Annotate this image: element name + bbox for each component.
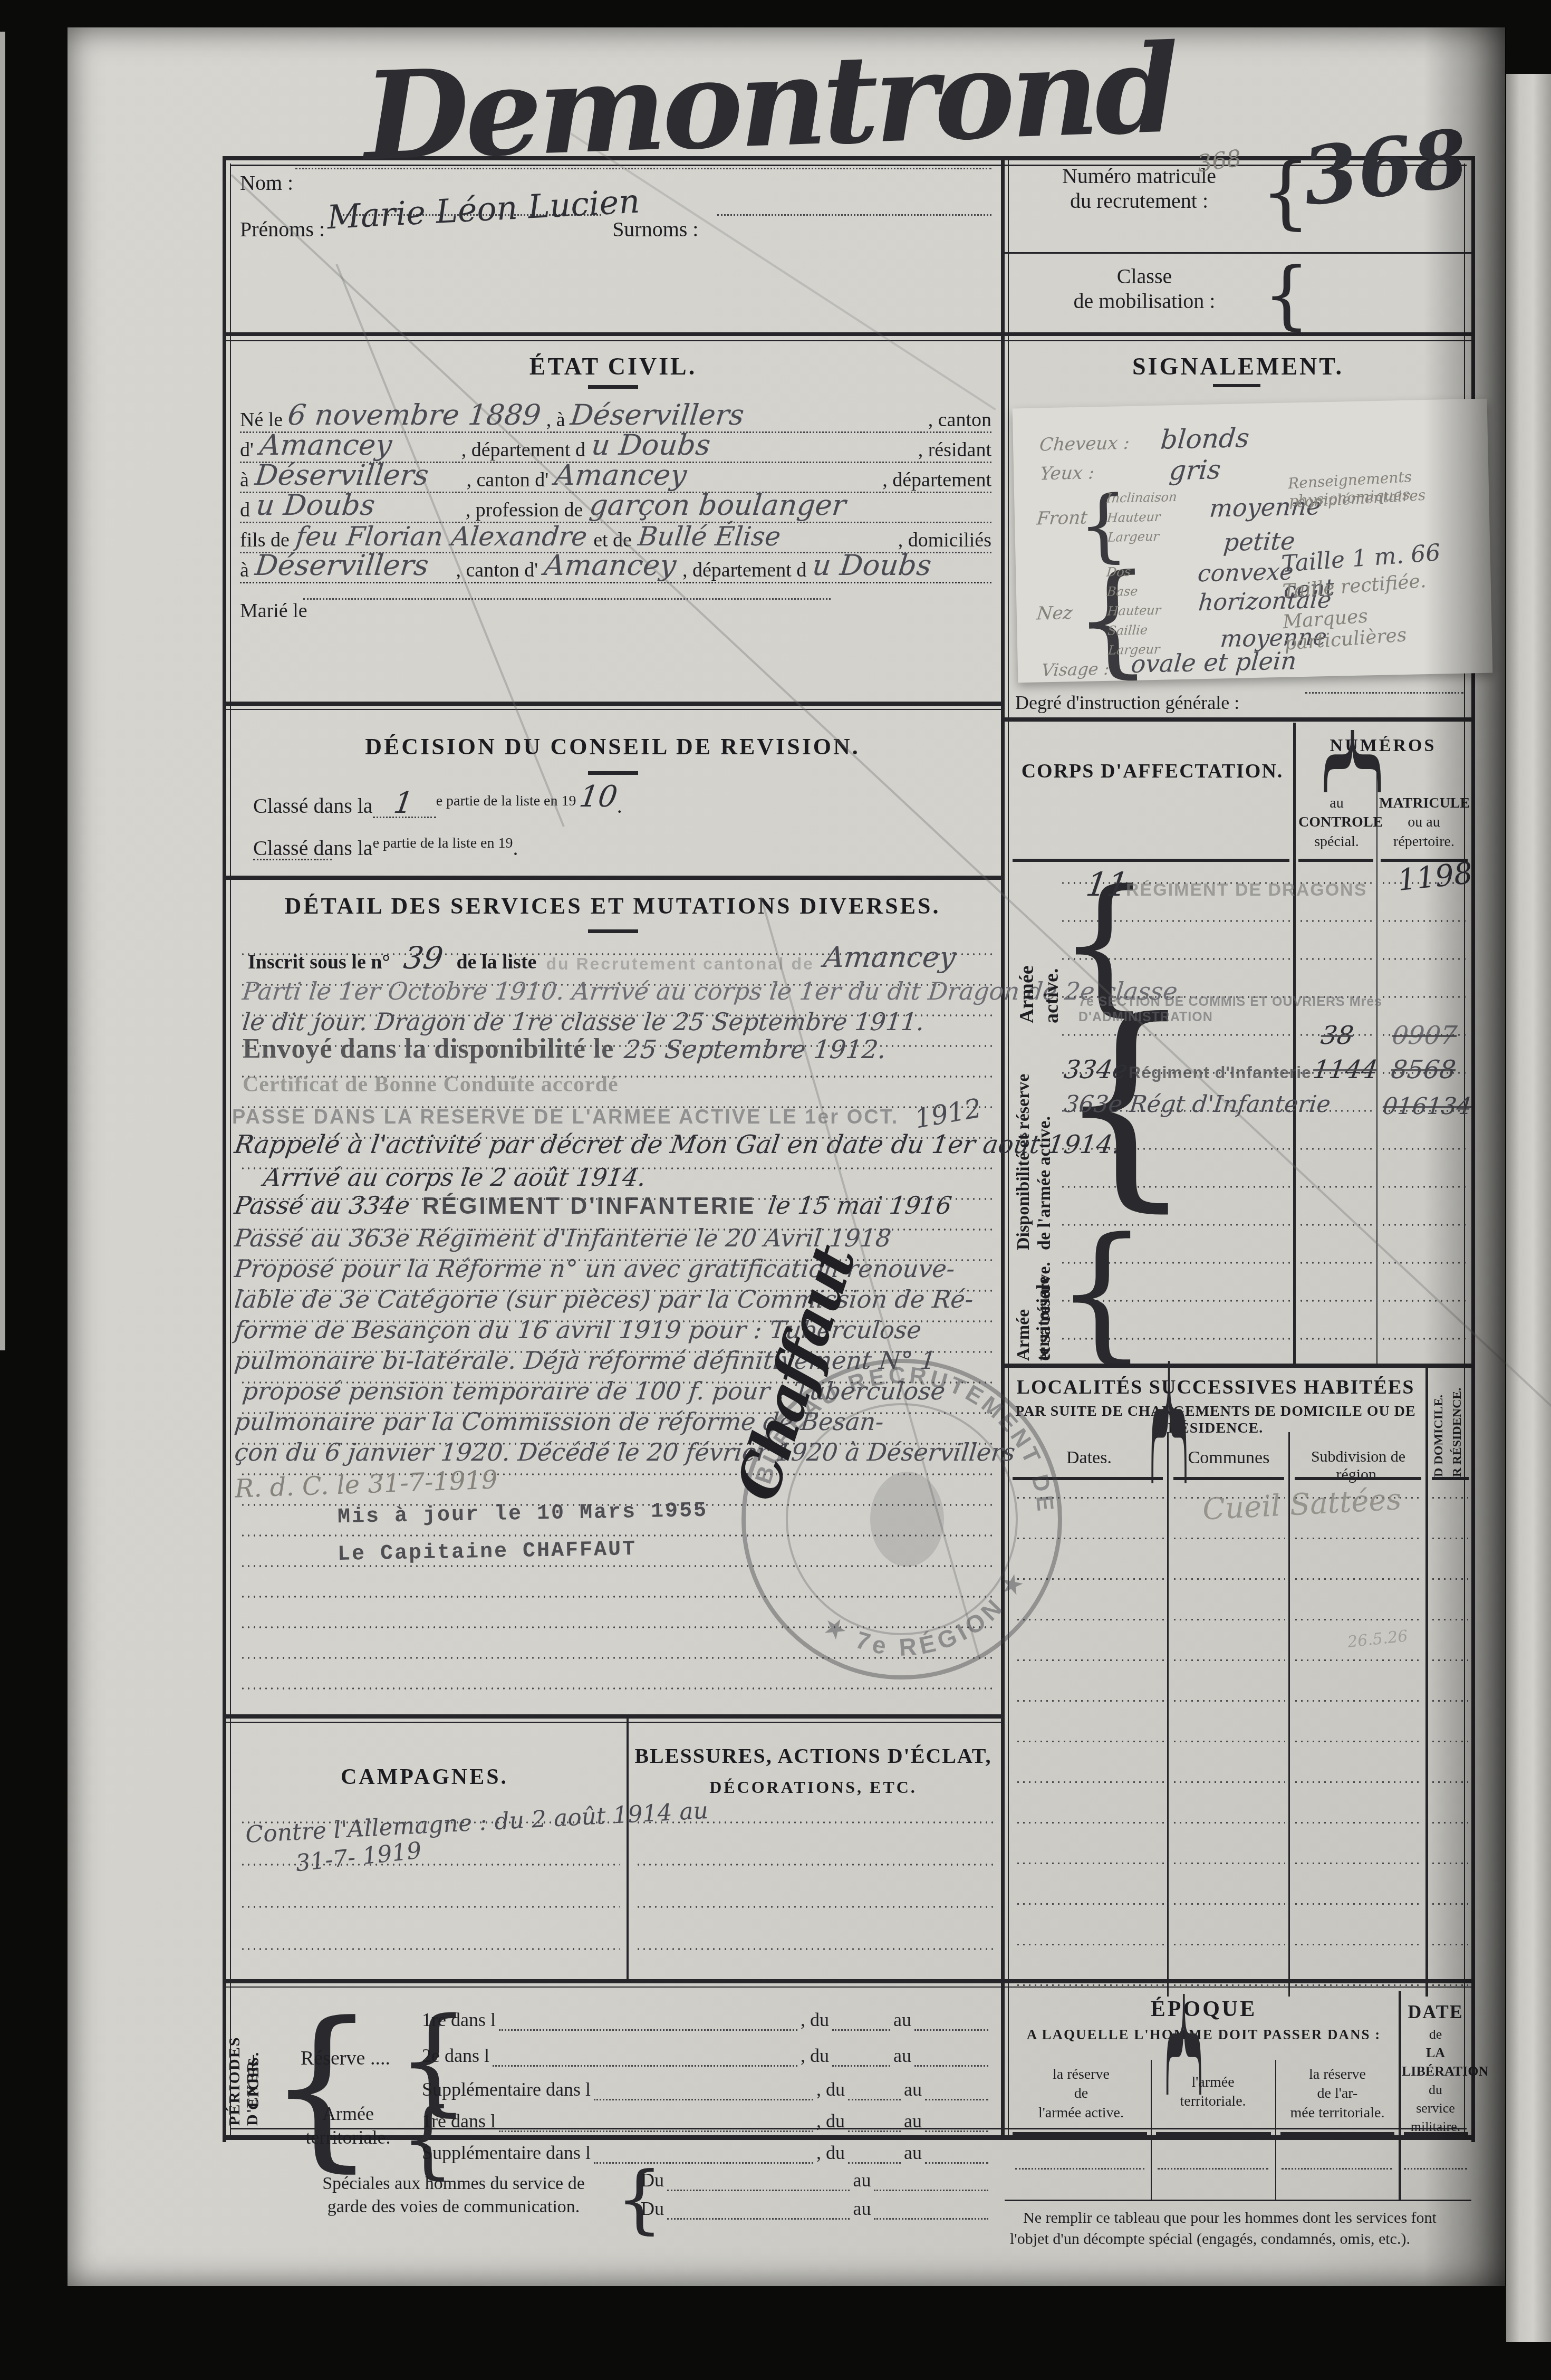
- dotted: [925, 2131, 988, 2132]
- bottom-sections-rule-thin: [224, 1986, 1471, 1988]
- epoque-col-line-2: [1275, 2060, 1276, 2200]
- bonne-conduite-stamp: Certificat de Bonne Conduite accordé: [243, 1072, 619, 1097]
- form-border-left: [223, 156, 226, 2142]
- nez-sub-4: Saillie: [1107, 622, 1148, 638]
- controle-h1: au: [1298, 794, 1375, 813]
- classe-label-1: Classe: [1031, 264, 1258, 289]
- signalement-pasted-slip: Cheveux : blonds Yeux : gris Front { Inc…: [1013, 399, 1493, 683]
- dotted: [925, 2099, 988, 2100]
- terr-label-2: territoriale.: [295, 2126, 401, 2149]
- nez-sub-1: Dos: [1106, 564, 1131, 580]
- a3-label: à: [240, 559, 249, 582]
- passe-reserve-stamp: PASSE DANS LA RESERVE DE L'ARMEE ACTIVE …: [232, 1106, 899, 1129]
- decision-dot-2: .: [513, 836, 518, 860]
- domicile-value: Déservillers: [254, 549, 430, 582]
- matricule-underline: [1005, 252, 1471, 254]
- classe-label-2: de mobilisation :: [1031, 289, 1258, 313]
- reserve-row1-au: au: [893, 2009, 911, 2031]
- surnoms-dotted-line: [717, 214, 991, 216]
- signalement-tick: [1213, 384, 1260, 387]
- prenoms-label: Prénoms :: [240, 217, 325, 242]
- localites-dots-2: [1172, 1493, 1285, 1997]
- terr-row2-label: Supplémentaire dans l: [422, 2142, 591, 2164]
- blessures-title-1: BLESSURES, ACTIONS D'ÉCLAT,: [629, 1743, 998, 1768]
- header-rule: [224, 332, 1471, 336]
- reserve-row3-du: , du: [816, 2078, 845, 2100]
- inscrit-numero: 39: [401, 940, 445, 976]
- bottom-sections-rule: [224, 1979, 1471, 1983]
- epoque-col1-3: l'armée active.: [1013, 2104, 1150, 2123]
- canton-value: Amancey: [258, 428, 394, 462]
- epoque-underline-2: [1156, 2132, 1271, 2135]
- epoque-col1-1: la réserve: [1013, 2065, 1150, 2084]
- dotted: [874, 2190, 988, 2191]
- etat-civil-bottom-rule: [224, 702, 1001, 706]
- speciales-row1-au: au: [853, 2169, 871, 2191]
- dep2-value: u Doubs: [255, 488, 377, 522]
- epoque-note-1: Ne remplir ce tableau que pour les homme…: [1023, 2209, 1471, 2227]
- localites-dots-3: [1293, 1493, 1422, 1997]
- epoque-note-2: l'objet d'un décompte spécial (engagés, …: [1010, 2230, 1458, 2248]
- etat-civil-bottom-rule-thin: [224, 709, 1001, 710]
- epoque-dotted-3: [1282, 2168, 1392, 2170]
- dotted: [848, 2162, 901, 2164]
- canton3-label: , canton d': [456, 559, 538, 582]
- controle-h3: spécial.: [1298, 832, 1375, 851]
- etat-civil-title: ÉTAT CIVIL.: [224, 352, 1002, 380]
- cheveux-value: blonds: [1160, 423, 1251, 455]
- terr-row2-au: au: [904, 2142, 922, 2164]
- decision-dotted-1: 1: [373, 795, 436, 818]
- inf363-hw: 363e Régt d'Infanterie: [1063, 1091, 1332, 1118]
- signalement-title: SIGNALEMENT.: [1005, 352, 1471, 380]
- reserve-row2-au: au: [893, 2045, 911, 2067]
- terr-row1-au: au: [904, 2110, 922, 2132]
- yeux-value: gris: [1168, 454, 1222, 486]
- blessures-title-2: DÉCORATIONS, ETC.: [629, 1778, 998, 1797]
- corps-affectation-title: CORPS D'AFFECTATION.: [1013, 760, 1292, 783]
- dotted: [925, 2162, 988, 2164]
- degre-instruction-label: Degré d'instruction générale :: [1015, 692, 1239, 714]
- dotted: [493, 2065, 797, 2067]
- epoque-col3-1: la réserve: [1277, 2065, 1398, 2084]
- decision-tick: [588, 771, 638, 775]
- blessures-dots: [635, 1815, 994, 1978]
- disponibilite-date: 25 Septembre 1912.: [623, 1035, 888, 1064]
- nez-sub-2: Base: [1106, 584, 1139, 599]
- etat-civil-extra-line: [240, 582, 991, 583]
- dragons-stamp: RÉGIMENT DE DRAGONS: [1126, 880, 1367, 900]
- terr-row1-label: 1re dans l: [422, 2110, 496, 2132]
- visage-label: Visage :: [1041, 659, 1110, 680]
- epoque-col-line-1: [1151, 2060, 1152, 2200]
- dotted: [667, 2190, 850, 2191]
- classe-liste-mid-2: e partie de la liste en 19: [373, 835, 513, 860]
- liste-label: de la liste: [456, 951, 536, 974]
- marie-le-label: Marié le: [240, 599, 307, 622]
- decision-title: DÉCISION DU CONSEIL DE REVISION.: [224, 733, 1001, 760]
- canton-label: , canton: [928, 408, 991, 431]
- front-sub-3: Largeur: [1107, 529, 1160, 545]
- periodes-vertical-label-2: CICES.: [245, 2031, 263, 2110]
- epoque-col2-1: l'armée: [1152, 2073, 1274, 2092]
- decision-mid-text-2: e partie de la liste en 19: [373, 835, 513, 851]
- terr-row2-du: , du: [816, 2142, 845, 2164]
- territoriale-label-2: et sa réserve.: [1035, 1229, 1055, 1361]
- profession-value: garçon boulanger: [587, 488, 847, 522]
- decision-year-value: 10: [577, 780, 619, 814]
- corps-col-line-1: [1293, 723, 1296, 1364]
- dep3-value: u Doubs: [811, 549, 933, 582]
- inscrit-canton-value: Amancey: [822, 941, 957, 974]
- marie-dotted-line: [303, 598, 831, 600]
- departement-value: u Doubs: [590, 428, 712, 462]
- dotted: [914, 2029, 988, 2031]
- dotted: [914, 2065, 988, 2067]
- visage-value: ovale et plein: [1130, 646, 1298, 678]
- etat-civil-tick: [588, 385, 638, 389]
- speciales-label-2: garde des voies de communication.: [287, 2195, 620, 2219]
- dotted: [832, 2065, 890, 2067]
- corps-header-underline-2: [1298, 859, 1373, 862]
- gutter-shadow: [1424, 27, 1506, 2286]
- residence-value: Déservillers: [254, 458, 430, 492]
- decision-partie-value: 1: [391, 786, 415, 820]
- dotted: [848, 2131, 901, 2132]
- corps-top-rule: [1005, 717, 1471, 722]
- controle-h2: CONTROLE: [1298, 813, 1375, 832]
- recrutement-cantonal-stamp: du Recrutement cantonal de: [546, 954, 814, 974]
- commis-controle: 38: [1319, 1021, 1355, 1050]
- epoque-col3-3: mée territoriale.: [1277, 2104, 1398, 2123]
- epoque-col-line-3: [1399, 1991, 1401, 2200]
- corps-rows-dots-2: [1298, 876, 1375, 1361]
- dotted: [499, 2131, 813, 2132]
- inf334-stamp: Régiment d'Infanterie: [1129, 1063, 1312, 1082]
- localites-col-line-1: [1167, 1432, 1169, 1997]
- reserve-label: Réserve ....: [301, 2047, 390, 2070]
- scanned-register-page: Demontrond Nom : Prénoms : Surnoms : Mar…: [0, 0, 1551, 2380]
- epoque-col3-2: de l'ar-: [1277, 2084, 1398, 2103]
- a2-label: à: [240, 468, 249, 492]
- cheveux-label: Cheveux :: [1038, 433, 1130, 456]
- reserve-row1-label: 1re dans l: [422, 2009, 496, 2031]
- surname-heading: Demontrond: [362, 17, 1178, 188]
- terr-row1-du: , du: [816, 2110, 845, 2132]
- communes-header: Communes: [1171, 1448, 1287, 1468]
- service-line-2: le dit jour. Dragon de 1re classe le 25 …: [241, 1007, 926, 1036]
- disponibilite-label-1: Disponibilité et réserve: [1014, 1002, 1034, 1250]
- front-sub-1: Inclinaison: [1106, 490, 1178, 506]
- dotted: [874, 2218, 988, 2220]
- inf334-controle: 1144: [1311, 1055, 1380, 1085]
- speciales-row2-au: au: [853, 2197, 871, 2220]
- campagnes-title: CAMPAGNES.: [224, 1764, 625, 1790]
- dotted: [594, 2099, 813, 2100]
- passe-363-line: Passé au 363e Régiment d'Infanterie le 2…: [233, 1224, 892, 1252]
- disponibilite-stamp: Envoyé dans la disponibilité le: [243, 1033, 614, 1064]
- matricule-label-2: du recrutement :: [1026, 188, 1253, 213]
- d-label: d': [240, 438, 254, 462]
- dep2-label: , département: [882, 468, 991, 492]
- inf334-num-hw: 334e: [1062, 1055, 1130, 1085]
- disponibilite-label-2: de l'armée active.: [1035, 1002, 1055, 1250]
- classe-liste-label-1: Classé dans la: [253, 793, 373, 818]
- canton2-label: , canton d': [466, 468, 548, 492]
- passe-334-hw: Passé au 334e: [233, 1191, 412, 1220]
- epoque-col1-2: de: [1013, 2084, 1150, 2103]
- passe-334-date: le 15 mai 1916: [767, 1191, 954, 1220]
- localites-top-rule: [1005, 1364, 1471, 1368]
- form-border-left-inner: [230, 164, 231, 2136]
- reserve-row2-label: 2e dans l: [422, 2045, 489, 2067]
- d2-label: d: [240, 498, 250, 522]
- decision-dot-1: .: [617, 793, 622, 818]
- dotted: [499, 2029, 797, 2031]
- birth-date: 6 novembre 1889: [286, 398, 543, 431]
- dotted: [848, 2099, 901, 2100]
- decision-bottom-rule: [224, 876, 1001, 880]
- epoque-col2-2: territoriale.: [1152, 2092, 1274, 2111]
- nez-sub-3: Hauteur: [1107, 603, 1162, 619]
- resident-label: , résidant: [918, 438, 991, 462]
- rappele-line: Rappelé à l'activité par décret de Mon G…: [233, 1130, 1123, 1159]
- dotted: [832, 2029, 890, 2031]
- epoque-dotted-2: [1158, 2168, 1268, 2170]
- book-fore-edge: [1506, 74, 1551, 2342]
- a-label: , à: [546, 408, 565, 431]
- dotted: [667, 2218, 850, 2220]
- reserve-row1-du: , du: [801, 2009, 829, 2031]
- services-tick: [588, 929, 638, 933]
- arrive-corps-line: Arrivé au corps le 2 août 1914.: [262, 1163, 648, 1192]
- mother-name: Bullé Élise: [637, 521, 782, 552]
- epoque-underline-1: [1013, 2132, 1147, 2135]
- services-title: DÉTAIL DES SERVICES ET MUTATIONS DIVERSE…: [224, 893, 1001, 919]
- scan-edge: [0, 32, 5, 1350]
- speciales-row1-du: Du: [641, 2169, 664, 2191]
- epoque-bottom-thin-rule: [1005, 2200, 1471, 2201]
- epoque-underline-3: [1280, 2132, 1394, 2135]
- reserve-row3-au: au: [904, 2078, 922, 2100]
- canton3-value: Amancey: [543, 549, 678, 582]
- classe-brace: {: [1263, 258, 1310, 332]
- localites-underline-3: [1295, 1477, 1421, 1480]
- speciales-row2-du: Du: [641, 2197, 664, 2220]
- reforme-line-2: lable de 3e Catégorie (sur pièces) par l…: [233, 1285, 975, 1313]
- regiment-infanterie-stamp: RÉGIMENT D'INFANTERIE: [422, 1193, 756, 1220]
- nez-label: Nez: [1036, 602, 1073, 624]
- dep3-label: , département d: [682, 559, 806, 582]
- terr-label-1: Armée: [295, 2102, 401, 2126]
- inscrit-label: Inscrit sous le n°: [248, 951, 390, 974]
- reserve-row2-du: , du: [801, 2045, 829, 2067]
- localites-underline-2: [1173, 1477, 1284, 1480]
- campagnes-top-rule-thin: [224, 1722, 1001, 1723]
- epoque-dotted-1: [1015, 2168, 1144, 2170]
- territoriale-brace: {: [1055, 1218, 1149, 1366]
- nez-value-1: convexe: [1197, 558, 1294, 587]
- decision-dotted-3: [253, 838, 332, 860]
- birth-place: Déservillers: [569, 398, 745, 431]
- speciales-label-1: Spéciales aux hommes du service de: [287, 2172, 620, 2195]
- dragons-number-hw: 11: [1084, 865, 1131, 904]
- campagnes-top-rule: [224, 1714, 1001, 1719]
- canton2-value: Amancey: [553, 458, 689, 492]
- profession-label: , profession de: [466, 498, 583, 522]
- front-sub-2: Hauteur: [1106, 510, 1161, 525]
